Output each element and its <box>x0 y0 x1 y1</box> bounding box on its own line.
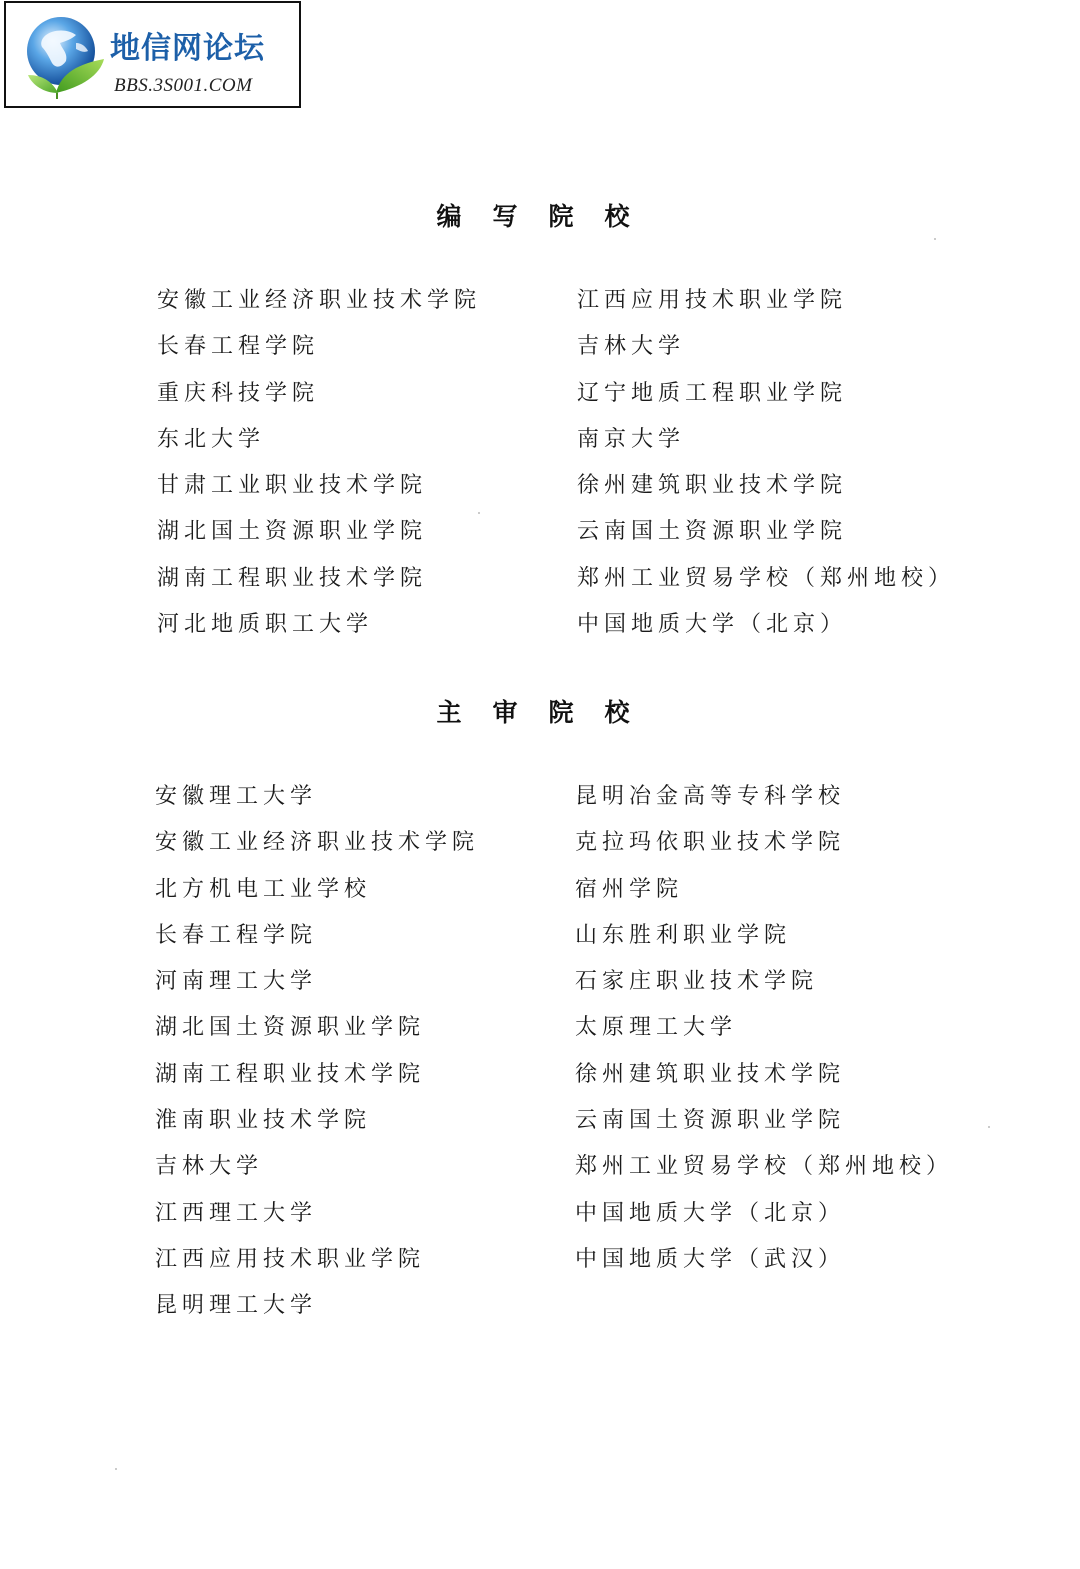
institution-item: 湖北国土资源职业学院 <box>157 517 481 563</box>
institution-item: 安徽工业经济职业技术学院 <box>157 286 481 332</box>
forum-logo: 地信网论坛 BBS.3S001.COM <box>4 1 301 108</box>
authoring-institutions-left-column: 安徽工业经济职业技术学院 长春工程学院 重庆科技学院 东北大学 甘肃工业职业技术… <box>157 286 481 656</box>
institution-item: 吉林大学 <box>577 332 955 378</box>
institution-item: 南京大学 <box>577 425 955 471</box>
institution-item: 郑州工业贸易学校（郑州地校） <box>577 564 955 610</box>
institution-item: 宿州学院 <box>575 875 953 921</box>
institution-item: 江西理工大学 <box>155 1199 479 1245</box>
institution-item: 安徽工业经济职业技术学院 <box>155 828 479 874</box>
institution-item: 中国地质大学（北京） <box>575 1199 953 1245</box>
institution-item: 徐州建筑职业技术学院 <box>575 1060 953 1106</box>
scan-speck <box>988 1126 990 1128</box>
institution-item: 湖南工程职业技术学院 <box>157 564 481 610</box>
institution-item: 东北大学 <box>157 425 481 471</box>
institution-item: 昆明理工大学 <box>155 1291 479 1337</box>
institution-item: 长春工程学院 <box>155 921 479 967</box>
institution-item: 郑州工业贸易学校（郑州地校） <box>575 1152 953 1198</box>
section-title-reviewing-institutions: 主审院校 <box>0 698 1080 728</box>
reviewing-institutions-right-column: 昆明冶金高等专科学校 克拉玛依职业技术学院 宿州学院 山东胜利职业学院 石家庄职… <box>575 782 953 1291</box>
institution-item: 重庆科技学院 <box>157 379 481 425</box>
institution-item: 石家庄职业技术学院 <box>575 967 953 1013</box>
institution-item: 昆明冶金高等专科学校 <box>575 782 953 828</box>
institution-item: 太原理工大学 <box>575 1013 953 1059</box>
institution-item: 北方机电工业学校 <box>155 875 479 921</box>
forum-url: BBS.3S001.COM <box>114 75 252 97</box>
scan-speck <box>115 1468 117 1470</box>
institution-item: 湖北国土资源职业学院 <box>155 1013 479 1059</box>
institution-item: 安徽理工大学 <box>155 782 479 828</box>
section-title-authoring-institutions: 编写院校 <box>0 202 1080 232</box>
institution-item: 湖南工程职业技术学院 <box>155 1060 479 1106</box>
institution-item: 辽宁地质工程职业学院 <box>577 379 955 425</box>
institution-item: 河南理工大学 <box>155 967 479 1013</box>
institution-item: 长春工程学院 <box>157 332 481 378</box>
institution-item: 中国地质大学（武汉） <box>575 1245 953 1291</box>
institution-item: 河北地质职工大学 <box>157 610 481 656</box>
authoring-institutions-right-column: 江西应用技术职业学院 吉林大学 辽宁地质工程职业学院 南京大学 徐州建筑职业技术… <box>577 286 955 656</box>
institution-item: 淮南职业技术学院 <box>155 1106 479 1152</box>
institution-item: 江西应用技术职业学院 <box>155 1245 479 1291</box>
institution-item: 甘肃工业职业技术学院 <box>157 471 481 517</box>
institution-item: 徐州建筑职业技术学院 <box>577 471 955 517</box>
reviewing-institutions-left-column: 安徽理工大学 安徽工业经济职业技术学院 北方机电工业学校 长春工程学院 河南理工… <box>155 782 479 1338</box>
institution-item: 云南国土资源职业学院 <box>577 517 955 563</box>
institution-item: 云南国土资源职业学院 <box>575 1106 953 1152</box>
forum-title: 地信网论坛 <box>110 31 265 67</box>
scan-speck <box>934 238 936 240</box>
institution-item: 山东胜利职业学院 <box>575 921 953 967</box>
scan-speck <box>478 512 480 514</box>
institution-item: 吉林大学 <box>155 1152 479 1198</box>
institution-item: 中国地质大学（北京） <box>577 610 955 656</box>
institution-item: 江西应用技术职业学院 <box>577 286 955 332</box>
globe-with-leaves-icon <box>16 13 116 103</box>
institution-item: 克拉玛依职业技术学院 <box>575 828 953 874</box>
